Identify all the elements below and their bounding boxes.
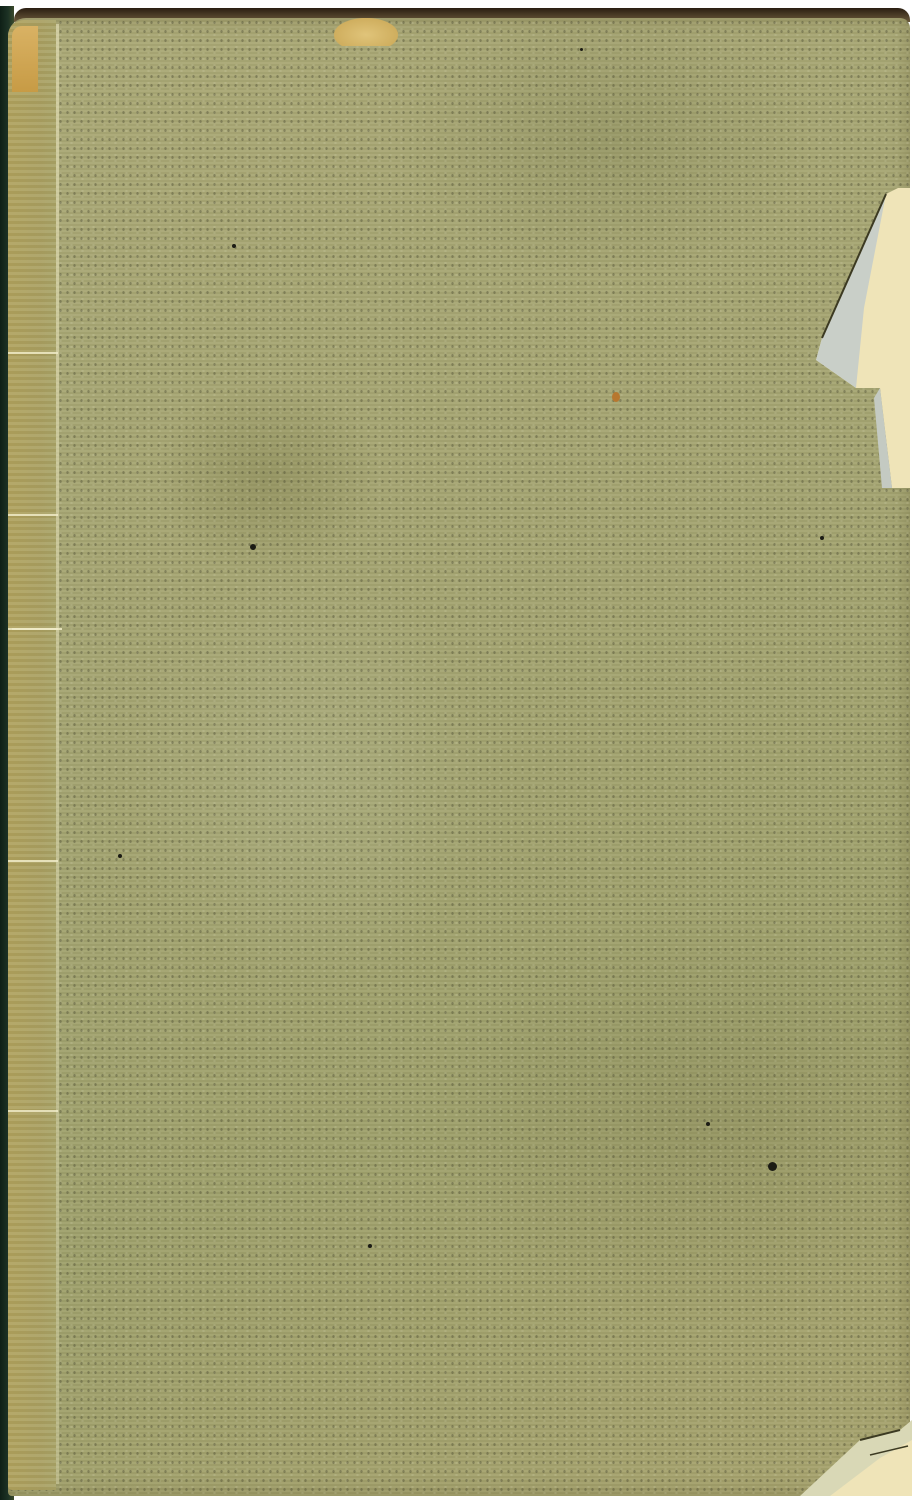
right-edge-tear <box>816 188 912 488</box>
ink-spot <box>232 244 236 248</box>
spine-stitch <box>8 352 58 354</box>
top-edge-tear <box>334 18 398 46</box>
ink-spot <box>706 1122 710 1126</box>
ink-spot <box>118 854 122 858</box>
ink-spot <box>580 48 583 51</box>
spine-stitch <box>12 628 62 630</box>
spine-fold-line <box>56 24 59 1484</box>
spine-stitch <box>8 514 58 516</box>
worn-bottom-right-corner <box>800 1400 912 1496</box>
ink-spot <box>820 536 824 540</box>
ink-spot <box>250 544 256 550</box>
ink-spot <box>768 1162 777 1171</box>
rust-spot <box>612 392 620 402</box>
ink-spot <box>368 1244 372 1248</box>
book-spine <box>8 20 56 1490</box>
book-cover <box>8 18 910 1496</box>
spine-stitch <box>8 860 58 862</box>
worn-top-left-corner <box>12 26 38 92</box>
photo-scene <box>0 0 921 1500</box>
spine-stitch <box>8 1110 58 1112</box>
